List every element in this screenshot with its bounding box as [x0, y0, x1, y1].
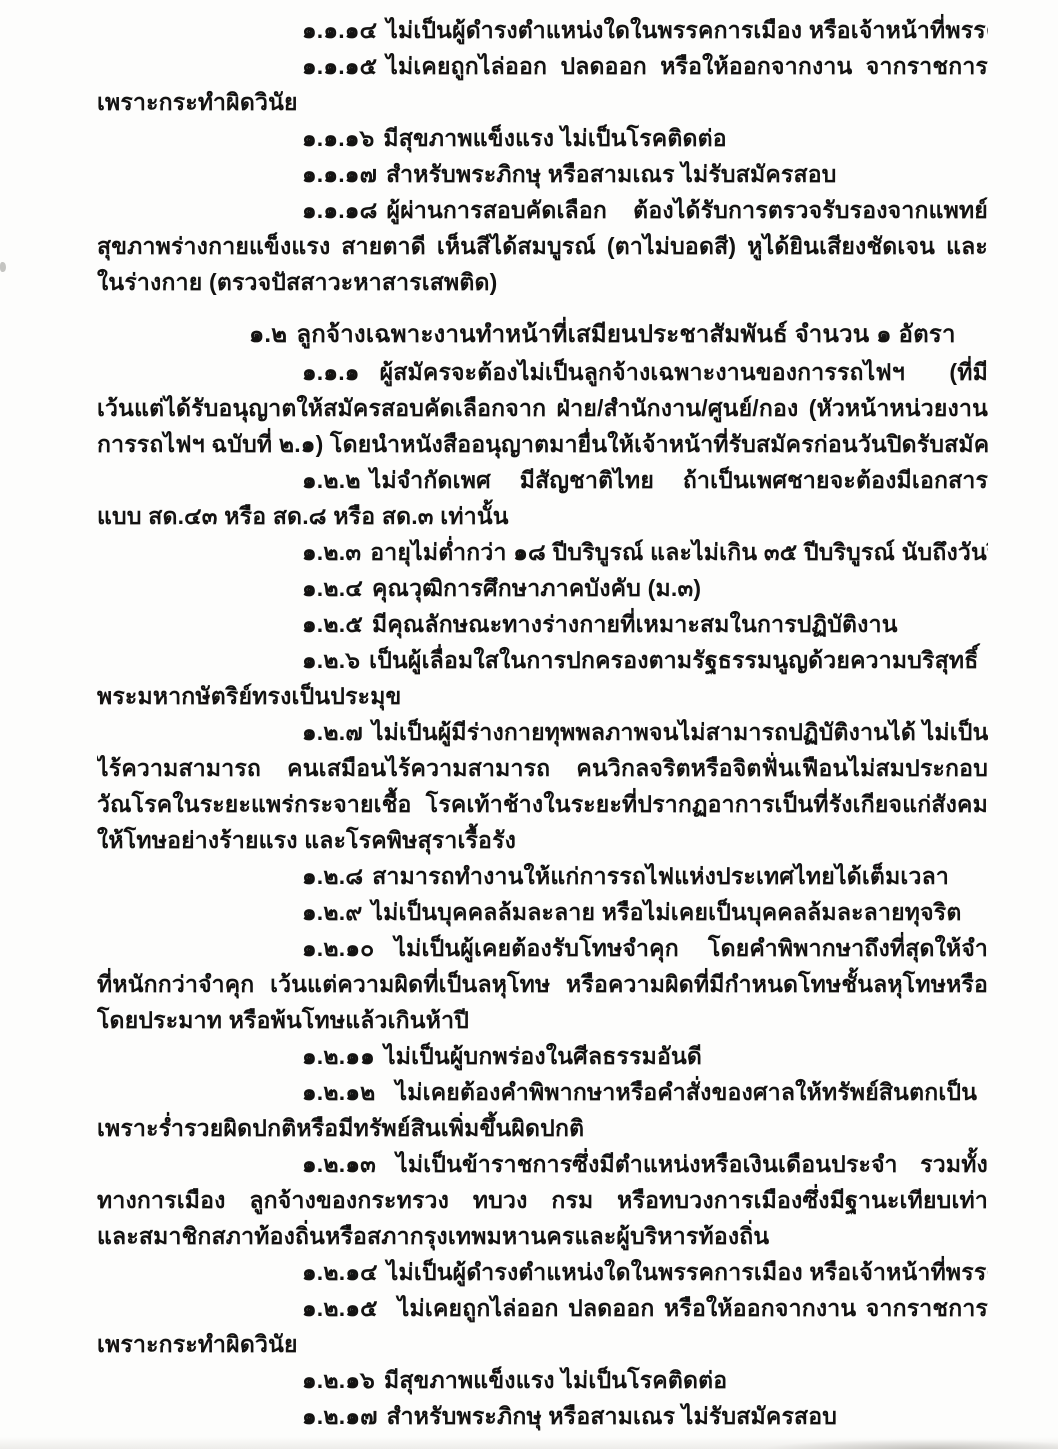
clause-text: แบบ สด.๔๓ หรือ สด.๘ หรือ สด.๓ เท่านั้น — [97, 503, 509, 529]
clause-text: ไม่เคยถูกไล่ออก ปลดออก หรือให้ออกจากงาน … — [97, 1295, 988, 1326]
clause-text: เพราะกระทำผิดวินัย — [97, 89, 298, 115]
clause-line: ๑.๒.๑๐ไม่เป็นผู้เคยต้องรับโทษจำคุก โดยคำ… — [97, 930, 988, 966]
clause-text: ไม่เป็นผู้มีร่างกายทุพพลภาพจนไม่สามารถปฏ… — [372, 719, 988, 745]
clause-text: ลูกจ้างเฉพาะงานทำหน้าที่เสมียนประชาสัมพั… — [296, 321, 955, 348]
clause-line: ๑.๒.๓อายุไม่ต่ำกว่า ๑๘ ปีบริบูรณ์ และไม่… — [97, 534, 988, 570]
clause-number: ๑.๒ — [249, 321, 287, 348]
continuation-line: พระมหากษัตริย์ทรงเป็นประมุข — [97, 678, 988, 714]
clause-number: ๑.๑.๑๕ — [302, 53, 377, 79]
clause-number: ๑.๑.๑๘ — [302, 197, 378, 223]
clause-text: ไม่เป็นผู้เคยต้องรับโทษจำคุก โดยคำพิพากษ… — [97, 935, 988, 966]
clause-number: ๑.๒.๗ — [302, 719, 363, 745]
clause-text: ไม่เคยถูกไล่ออก ปลดออก หรือให้ออกจากงาน … — [97, 53, 988, 84]
continuation-line: และสมาชิกสภาท้องถิ่นหรือสภากรุงเทพมหานคร… — [97, 1218, 988, 1254]
clause-text: ทางการเมือง ลูกจ้างของกระทรวง ทบวง กรม ห… — [97, 1187, 988, 1218]
clause-number: ๑.๒.๖ — [302, 647, 360, 673]
clause-text: ไม่จำกัดเพศ มีสัญชาติไทย ถ้าเป็นเพศชายจะ… — [97, 467, 988, 498]
clause-number: ๑.๑.๑๗ — [302, 161, 377, 187]
clause-number: ๑.๒.๔ — [302, 575, 363, 601]
clause-text: สำหรับพระภิกษุ หรือสามเณร ไม่รับสมัครสอบ — [386, 161, 836, 187]
clause-line: ๑.๒.๑๕ไม่เคยถูกไล่ออก ปลดออก หรือให้ออกจ… — [97, 1290, 988, 1326]
continuation-line: แบบ สด.๔๓ หรือ สด.๘ หรือ สด.๓ เท่านั้น — [97, 498, 988, 534]
clause-number: ๑.๒.๙ — [302, 899, 362, 925]
clause-line: ๑.๒.๑๔ไม่เป็นผู้ดำรงตำแหน่งใดในพรรคการเม… — [97, 1254, 988, 1290]
continuation-line: ไร้ความสามารถ คนเสมือนไร้ความสามารถ คนวิ… — [97, 750, 988, 786]
document-body: ๑.๑.๑๔ไม่เป็นผู้ดำรงตำแหน่งใดในพรรคการเม… — [0, 12, 1058, 1434]
continuation-line: ที่หนักกว่าจำคุก เว้นแต่ความผิดที่เป็นลห… — [97, 966, 988, 1002]
continuation-line: ทางการเมือง ลูกจ้างของกระทรวง ทบวง กรม ห… — [97, 1182, 988, 1218]
clause-text: เพราะกระทำผิดวินัย — [97, 1331, 298, 1357]
clause-number: ๑.๒.๑๒ — [302, 1079, 376, 1105]
clause-text: ให้โทษอย่างร้ายแรง และโรคพิษสุราเรื้อรัง — [97, 827, 516, 853]
clause-text: อายุไม่ต่ำกว่า ๑๘ ปีบริบูรณ์ และไม่เกิน … — [370, 539, 988, 565]
clause-text: ไม่เป็นข้าราชการซึ่งมีตำแหน่งหรือเงินเดื… — [97, 1151, 988, 1182]
clause-line: ๑.๒.๑๗สำหรับพระภิกษุ หรือสามเณร ไม่รับสม… — [97, 1398, 988, 1434]
clause-line: ๑.๒.๘สามารถทำงานให้แก่การรถไฟแห่งประเทศไ… — [97, 858, 988, 894]
clause-number: ๑.๒.๘ — [302, 863, 363, 889]
clause-number: ๑.๒.๕ — [302, 611, 363, 637]
clause-text: เพราะร่ำรวยผิดปกติหรือมีทรัพย์สินเพิ่มขึ… — [97, 1115, 584, 1141]
clause-text: มีคุณลักษณะทางร่างกายที่เหมาะสมในการปฏิบ… — [372, 611, 898, 637]
clause-line: ๑.๒.๑๖มีสุขภาพแข็งแรง ไม่เป็นโรคติดต่อ — [97, 1362, 988, 1398]
clause-text: การรถไฟฯ ฉบับที่ ๒.๑) โดยนำหนังสืออนุญาต… — [97, 431, 988, 457]
clause-number: ๑.๒.๒ — [302, 467, 361, 493]
clause-number: ๑.๑.๑๔ — [302, 17, 377, 43]
clause-text: ในร่างกาย (ตรวจปัสสาวะหาสารเสพติด) — [97, 269, 498, 295]
clause-number: ๑.๒.๑๓ — [302, 1151, 376, 1177]
continuation-line: วัณโรคในระยะแพร่กระจายเชื้อ โรคเท้าช้างใ… — [97, 786, 988, 822]
clause-text: ไม่เป็นผู้ดำรงตำแหน่งใดในพรรคการเมือง หร… — [387, 1259, 988, 1285]
clause-text: มีสุขภาพแข็งแรง ไม่เป็นโรคติดต่อ — [383, 125, 726, 151]
continuation-line: โดยประมาท หรือพ้นโทษแล้วเกินห้าปี — [97, 1002, 988, 1038]
continuation-line: เพราะกระทำผิดวินัย — [97, 1326, 988, 1362]
clause-text: ไร้ความสามารถ คนเสมือนไร้ความสามารถ คนวิ… — [97, 755, 988, 786]
clause-line: ๑.๒.๑๒ไม่เคยต้องคำพิพากษาหรือคำสั่งของศา… — [97, 1074, 988, 1110]
clause-text: โดยประมาท หรือพ้นโทษแล้วเกินห้าปี — [97, 1007, 469, 1033]
clause-text: ไม่เคยต้องคำพิพากษาหรือคำสั่งของศาลให้ทร… — [97, 1079, 977, 1110]
clause-text: ที่หนักกว่าจำคุก เว้นแต่ความผิดที่เป็นลห… — [97, 971, 988, 1002]
clause-number: ๑.๒.๑๕ — [302, 1295, 378, 1321]
scan-edge-artifact — [0, 1433, 1058, 1449]
clause-text: สำหรับพระภิกษุ หรือสามเณร ไม่รับสมัครสอบ — [387, 1403, 837, 1429]
continuation-line: การรถไฟฯ ฉบับที่ ๒.๑) โดยนำหนังสืออนุญาต… — [97, 426, 988, 462]
clause-text: สามารถทำงานให้แก่การรถไฟแห่งประเทศไทยได้… — [372, 863, 949, 889]
clause-text: เว้นแต่ได้รับอนุญาตให้สมัครสอบคัดเลือกจา… — [97, 395, 988, 426]
clause-number: ๑.๒.๑๔ — [302, 1259, 378, 1285]
clause-line: ๑.๒.๒ไม่จำกัดเพศ มีสัญชาติไทย ถ้าเป็นเพศ… — [97, 462, 988, 498]
continuation-line: เพราะร่ำรวยผิดปกติหรือมีทรัพย์สินเพิ่มขึ… — [97, 1110, 988, 1146]
clause-number: ๑.๑.๑ — [302, 359, 360, 385]
clause-line: ๑.๒.๗ไม่เป็นผู้มีร่างกายทุพพลภาพจนไม่สาม… — [97, 714, 988, 750]
clause-line: ๑.๑.๑๔ไม่เป็นผู้ดำรงตำแหน่งใดในพรรคการเม… — [97, 12, 988, 48]
clause-number: ๑.๑.๑๖ — [302, 125, 374, 151]
continuation-line: ให้โทษอย่างร้ายแรง และโรคพิษสุราเรื้อรัง — [97, 822, 988, 858]
clause-number: ๑.๒.๑๗ — [302, 1403, 378, 1429]
clause-text: วัณโรคในระยะแพร่กระจายเชื้อ โรคเท้าช้างใ… — [97, 791, 988, 822]
clause-number: ๑.๒.๑๑ — [302, 1043, 375, 1069]
clause-line: ๑.๒.๖เป็นผู้เลื่อมใสในการปกครองตามรัฐธรร… — [97, 642, 988, 678]
clause-line: ๑.๑.๑ผู้สมัครจะต้องไม่เป็นลูกจ้างเฉพาะงา… — [97, 354, 988, 390]
section-heading: ๑.๒ลูกจ้างเฉพาะงานทำหน้าที่เสมียนประชาสั… — [97, 316, 988, 354]
clause-text: ไม่เป็นบุคคลล้มละลาย หรือไม่เคยเป็นบุคคล… — [371, 899, 961, 925]
clause-text: ผู้ผ่านการสอบคัดเลือก ต้องได้รับการตรวจร… — [97, 197, 988, 228]
clause-text: ไม่เป็นผู้ดำรงตำแหน่งใดในพรรคการเมือง หร… — [386, 17, 988, 43]
continuation-line: สุขภาพร่างกายแข็งแรง สายตาดี เห็นสีได้สม… — [97, 228, 988, 264]
clause-line: ๑.๒.๑๓ไม่เป็นข้าราชการซึ่งมีตำแหน่งหรือเ… — [97, 1146, 988, 1182]
clause-line: ๑.๒.๕มีคุณลักษณะทางร่างกายที่เหมาะสมในกา… — [97, 606, 988, 642]
clause-text: ไม่เป็นผู้บกพร่องในศีลธรรมอันดี — [384, 1043, 702, 1069]
clause-line: ๑.๒.๙ไม่เป็นบุคคลล้มละลาย หรือไม่เคยเป็น… — [97, 894, 988, 930]
continuation-line: เพราะกระทำผิดวินัย — [97, 84, 988, 120]
document-page: ๑.๑.๑๔ไม่เป็นผู้ดำรงตำแหน่งใดในพรรคการเม… — [0, 0, 1058, 1449]
clause-text: และสมาชิกสภาท้องถิ่นหรือสภากรุงเทพมหานคร… — [97, 1223, 769, 1249]
continuation-line: ในร่างกาย (ตรวจปัสสาวะหาสารเสพติด) — [97, 264, 988, 300]
clause-number: ๑.๒.๓ — [302, 539, 361, 565]
clause-text: ผู้สมัครจะต้องไม่เป็นลูกจ้างเฉพาะงานของก… — [97, 359, 988, 390]
clause-text: สุขภาพร่างกายแข็งแรง สายตาดี เห็นสีได้สม… — [97, 233, 988, 264]
clause-line: ๑.๑.๑๕ไม่เคยถูกไล่ออก ปลดออก หรือให้ออกจ… — [97, 48, 988, 84]
clause-line: ๑.๒.๔คุณวุฒิการศึกษาภาคบังคับ (ม.๓) — [97, 570, 988, 606]
continuation-line: เว้นแต่ได้รับอนุญาตให้สมัครสอบคัดเลือกจา… — [97, 390, 988, 426]
clause-text: พระมหากษัตริย์ทรงเป็นประมุข — [97, 683, 401, 709]
clause-text: เป็นผู้เลื่อมใสในการปกครองตามรัฐธรรมนูญด… — [97, 647, 978, 678]
clause-text: คุณวุฒิการศึกษาภาคบังคับ (ม.๓) — [372, 575, 701, 601]
clause-line: ๑.๑.๑๖มีสุขภาพแข็งแรง ไม่เป็นโรคติดต่อ — [97, 120, 988, 156]
clause-number: ๑.๒.๑๖ — [302, 1367, 375, 1393]
clause-number: ๑.๒.๑๐ — [302, 935, 374, 961]
clause-line: ๑.๑.๑๗สำหรับพระภิกษุ หรือสามเณร ไม่รับสม… — [97, 156, 988, 192]
clause-text: มีสุขภาพแข็งแรง ไม่เป็นโรคติดต่อ — [384, 1367, 727, 1393]
clause-line: ๑.๑.๑๘ผู้ผ่านการสอบคัดเลือก ต้องได้รับกา… — [97, 192, 988, 228]
clause-line: ๑.๒.๑๑ไม่เป็นผู้บกพร่องในศีลธรรมอันดี — [97, 1038, 988, 1074]
